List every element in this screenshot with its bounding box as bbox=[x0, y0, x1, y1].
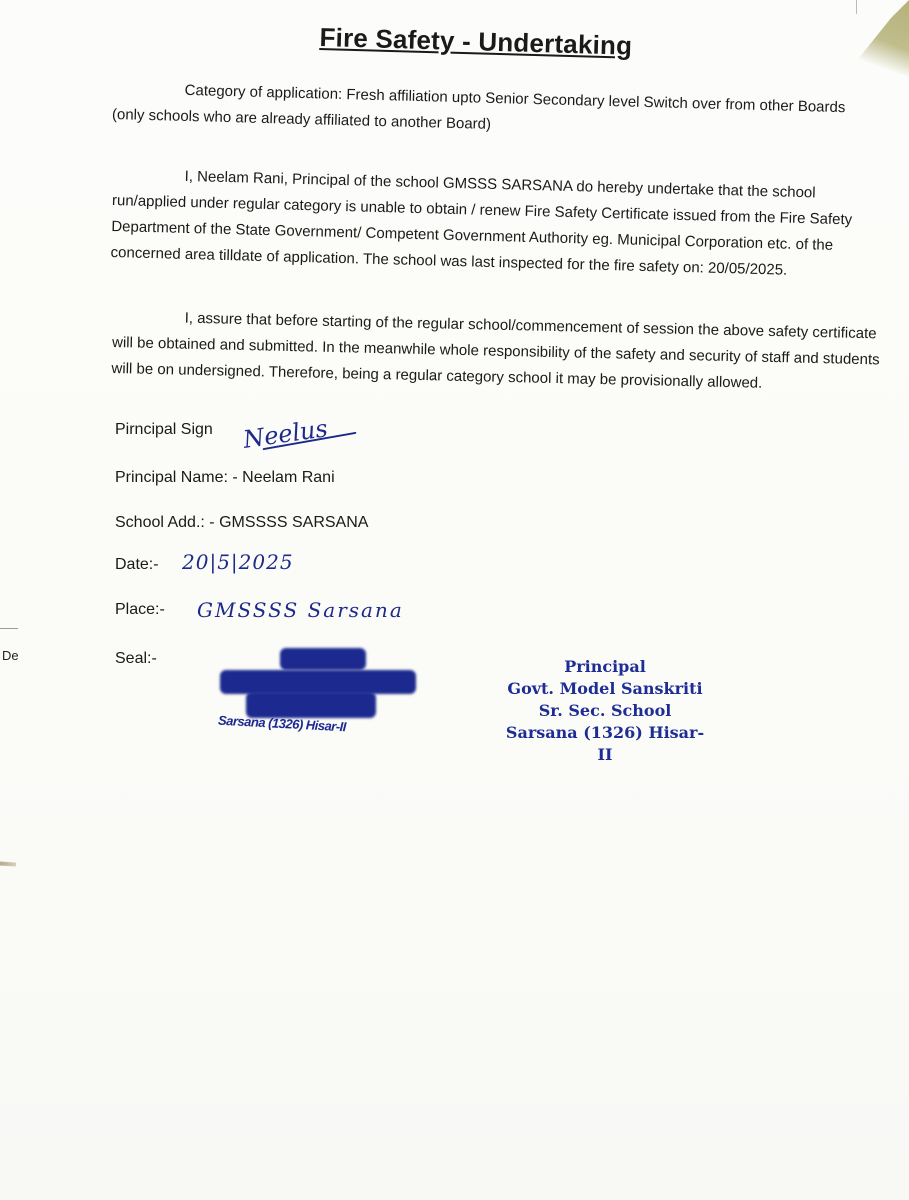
date-label: Date:- bbox=[115, 556, 159, 574]
margin-dash bbox=[0, 628, 18, 629]
place-handwritten-value: GMSSSS Sarsana bbox=[197, 598, 404, 622]
principal-stamp: Principal Govt. Model Sanskriti Sr. Sec.… bbox=[505, 656, 705, 766]
place-label: Place:- bbox=[115, 601, 165, 619]
principal-name-field: Principal Name: - Neelam Rani bbox=[115, 469, 335, 487]
date-handwritten-value: 20|5|2025 bbox=[182, 550, 294, 574]
document-title: Fire Safety - Undertaking bbox=[319, 22, 632, 62]
principal-signature: Neelus bbox=[241, 414, 329, 454]
seal-label: Seal:- bbox=[115, 650, 157, 668]
stamp-line: Govt. Model Sanskriti bbox=[505, 678, 705, 700]
stamp-line: Principal bbox=[505, 656, 705, 678]
stamp-line: Sarsana (1326) Hisar-II bbox=[505, 722, 705, 766]
school-address-field: School Add.: - GMSSSS SARSANA bbox=[115, 514, 368, 532]
assurance-paragraph: I, assure that before starting of the re… bbox=[111, 304, 888, 400]
document-page: Fire Safety - Undertaking Category of ap… bbox=[0, 0, 909, 1200]
stamp-line: Sr. Sec. School bbox=[505, 700, 705, 722]
page-edge-mark bbox=[856, 0, 857, 14]
margin-note: De bbox=[2, 648, 19, 663]
page-corner-shadow bbox=[849, 0, 909, 90]
paper-speck bbox=[432, 378, 434, 380]
category-of-application: Category of application: Fresh affiliati… bbox=[112, 76, 873, 148]
principal-sign-label: Pirncipal Sign bbox=[115, 421, 213, 439]
undertaking-paragraph: I, Neelam Rani, Principal of the school … bbox=[110, 162, 877, 286]
margin-mark bbox=[0, 861, 16, 866]
